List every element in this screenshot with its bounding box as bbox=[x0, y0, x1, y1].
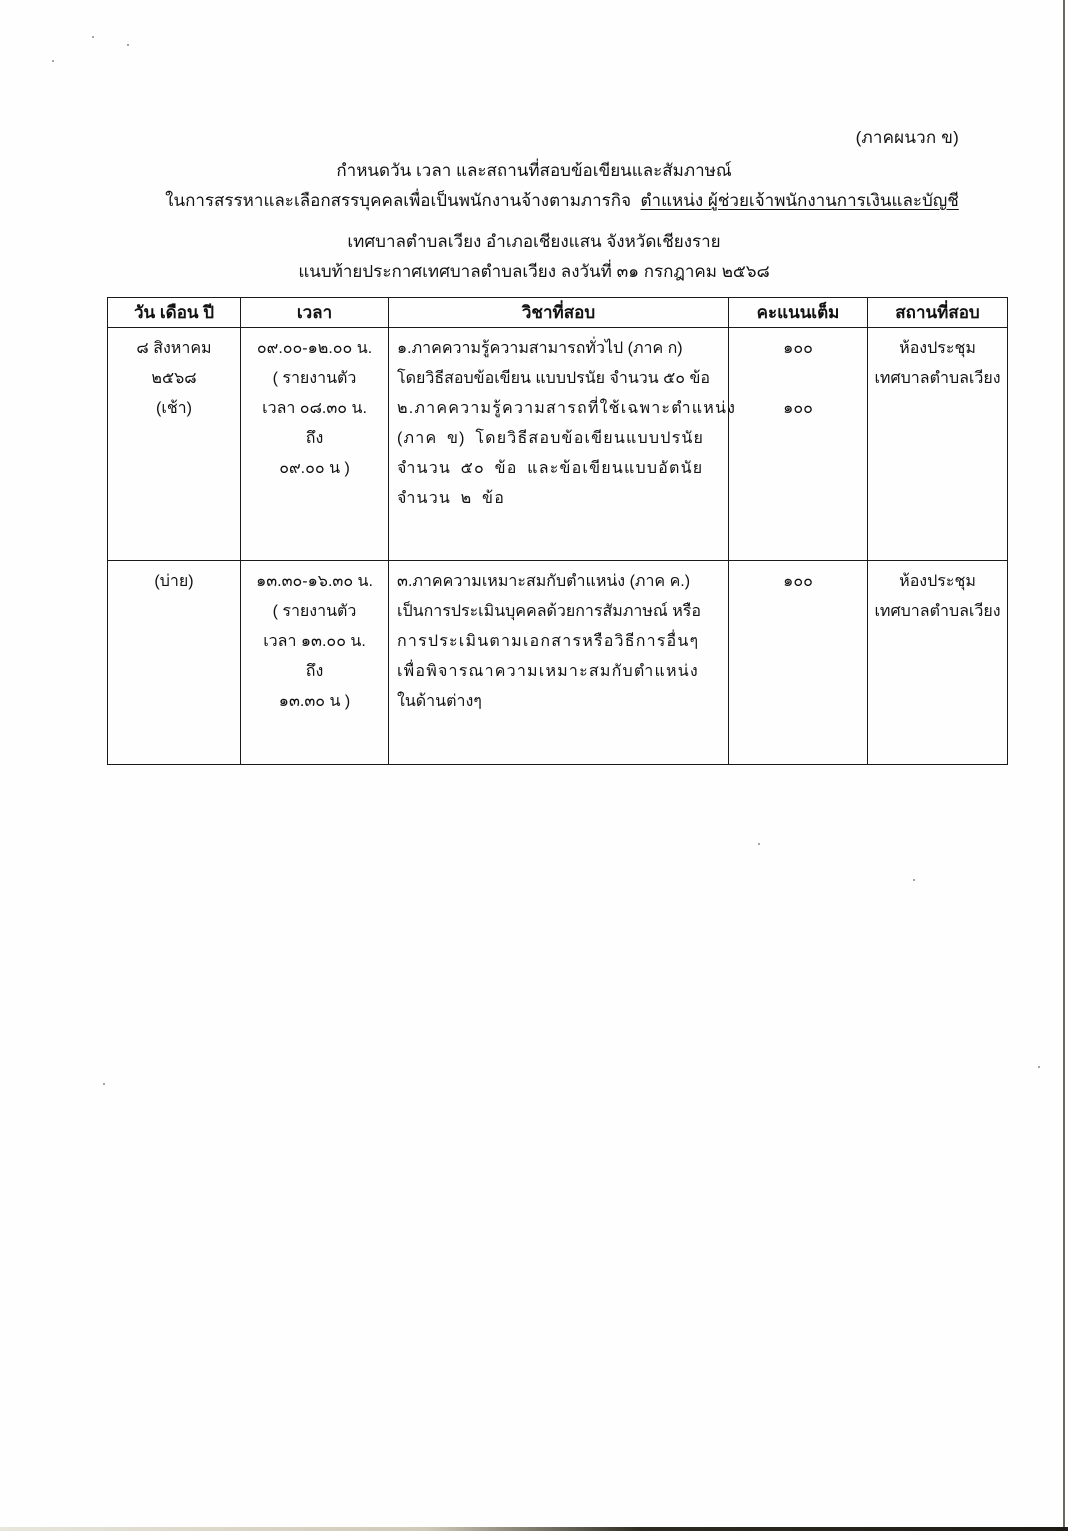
venue-line: ห้องประชุม bbox=[868, 334, 1007, 364]
scan-edge bbox=[0, 1527, 1068, 1531]
title-line-2-prefix: ในการสรรหาและเลือกสรรบุคคลเพื่อเป็นพนักง… bbox=[165, 191, 631, 210]
scan-speck bbox=[127, 44, 129, 46]
scan-speck bbox=[1038, 1066, 1040, 1068]
time-line: ๑๓.๓๐-๑๖.๓๐ น. bbox=[241, 567, 388, 597]
full-score: ๑๐๐ bbox=[729, 394, 867, 424]
column-header-venue: สถานที่สอบ bbox=[868, 298, 1008, 328]
subject-line: โดยวิธีสอบข้อเขียน แบบปรนัย จำนวน ๕๐ ข้อ bbox=[397, 364, 720, 394]
subject-cell: ๑.ภาคความรู้ความสามารถทั่วไป (ภาค ก) โดย… bbox=[389, 328, 729, 561]
column-header-date: วัน เดือน ปี bbox=[108, 298, 241, 328]
table-row: (บ่าย) ๑๓.๓๐-๑๖.๓๐ น. ( รายงานตัว เวลา ๑… bbox=[108, 561, 1008, 765]
subject-line: เป็นการประเมินบุคคลด้วยการสัมภาษณ์ หรือ bbox=[397, 597, 720, 627]
title-line-1: กำหนดวัน เวลา และสถานที่สอบข้อเขียนและสั… bbox=[0, 157, 1068, 184]
subject-line: จำนวน ๒ ข้อ bbox=[397, 484, 720, 514]
time-line: ๐๙.๐๐ น ) bbox=[241, 454, 388, 484]
column-header-full-score: คะแนนเต็ม bbox=[729, 298, 868, 328]
time-cell: ๐๙.๐๐-๑๒.๐๐ น. ( รายงานตัว เวลา ๐๘.๓๐ น.… bbox=[241, 328, 389, 561]
venue-cell: ห้องประชุม เทศบาลตำบลเวียง bbox=[868, 561, 1008, 765]
time-line: ๐๙.๐๐-๑๒.๐๐ น. bbox=[241, 334, 388, 364]
table-header-row: วัน เดือน ปี เวลา วิชาที่สอบ คะแนนเต็ม ส… bbox=[108, 298, 1008, 328]
venue-line: เทศบาลตำบลเวียง bbox=[868, 597, 1007, 627]
time-line: ถึง bbox=[241, 657, 388, 687]
session-label: (บ่าย) bbox=[108, 567, 240, 597]
venue-cell: ห้องประชุม เทศบาลตำบลเวียง bbox=[868, 328, 1008, 561]
column-header-time: เวลา bbox=[241, 298, 389, 328]
full-score: ๑๐๐ bbox=[729, 567, 867, 597]
title-line-4: แนบท้ายประกาศเทศบาลตำบลเวียง ลงวันที่ ๓๑… bbox=[0, 258, 1068, 285]
score-cell: ๑๐๐ bbox=[729, 561, 868, 765]
subject-line: การประเมินตามเอกสารหรือวิธีการอื่นๆ bbox=[397, 627, 720, 657]
subject-line: ในด้านต่างๆ bbox=[397, 687, 720, 717]
scan-speck bbox=[913, 879, 915, 881]
subject-line: ๓.ภาคความเหมาะสมกับตำแหน่ง (ภาค ค.) bbox=[397, 567, 720, 597]
subject-line: จำนวน ๕๐ ข้อ และข้อเขียนแบบอัตนัย bbox=[397, 454, 720, 484]
time-line: ๑๓.๓๐ น ) bbox=[241, 687, 388, 717]
venue-line: ห้องประชุม bbox=[868, 567, 1007, 597]
date-cell: (บ่าย) bbox=[108, 561, 241, 765]
scan-speck bbox=[92, 36, 94, 38]
position-title: ตำแหน่ง ผู้ช่วยเจ้าพนักงานการเงินและบัญช… bbox=[641, 191, 959, 210]
subject-cell: ๓.ภาคความเหมาะสมกับตำแหน่ง (ภาค ค.) เป็น… bbox=[389, 561, 729, 765]
subject-line: ๒.ภาคความรู้ความสารถที่ใช้เฉพาะตำแหน่ง bbox=[397, 394, 720, 424]
full-score: ๑๐๐ bbox=[729, 334, 867, 364]
subject-line: เพื่อพิจารณาความเหมาะสมกับตำแหน่ง bbox=[397, 657, 720, 687]
exam-schedule-table: วัน เดือน ปี เวลา วิชาที่สอบ คะแนนเต็ม ส… bbox=[107, 297, 1008, 765]
session-label: (เช้า) bbox=[108, 394, 240, 424]
score-cell: ๑๐๐ ๑๐๐ bbox=[729, 328, 868, 561]
subject-line: ๑.ภาคความรู้ความสามารถทั่วไป (ภาค ก) bbox=[397, 334, 720, 364]
time-line: ถึง bbox=[241, 424, 388, 454]
spacer bbox=[729, 364, 867, 394]
time-cell: ๑๓.๓๐-๑๖.๓๐ น. ( รายงานตัว เวลา ๑๓.๐๐ น.… bbox=[241, 561, 389, 765]
date-cell: ๘ สิงหาคม ๒๕๖๘ (เช้า) bbox=[108, 328, 241, 561]
date-line: ๘ สิงหาคม bbox=[108, 334, 240, 364]
subject-line: (ภาค ข) โดยวิธีสอบข้อเขียนแบบปรนัย bbox=[397, 424, 720, 454]
table-row: ๘ สิงหาคม ๒๕๖๘ (เช้า) ๐๙.๐๐-๑๒.๐๐ น. ( ร… bbox=[108, 328, 1008, 561]
time-line: เวลา ๑๓.๐๐ น. bbox=[241, 627, 388, 657]
scan-speck bbox=[758, 843, 760, 845]
document-page: (ภาคผนวก ข) กำหนดวัน เวลา และสถานที่สอบข… bbox=[0, 0, 1065, 1527]
time-line: ( รายงานตัว bbox=[241, 364, 388, 394]
title-line-2: ในการสรรหาและเลือกสรรบุคคลเพื่อเป็นพนักง… bbox=[28, 187, 1068, 214]
scan-speck bbox=[103, 1083, 105, 1085]
time-line: เวลา ๐๘.๓๐ น. bbox=[241, 394, 388, 424]
scan-speck bbox=[52, 60, 54, 62]
date-line: ๒๕๖๘ bbox=[108, 364, 240, 394]
appendix-label: (ภาคผนวก ข) bbox=[856, 124, 959, 151]
column-header-subject: วิชาที่สอบ bbox=[389, 298, 729, 328]
title-line-3: เทศบาลตำบลเวียง อำเภอเชียงแสน จังหวัดเชี… bbox=[0, 228, 1068, 255]
time-line: ( รายงานตัว bbox=[241, 597, 388, 627]
venue-line: เทศบาลตำบลเวียง bbox=[868, 364, 1007, 394]
